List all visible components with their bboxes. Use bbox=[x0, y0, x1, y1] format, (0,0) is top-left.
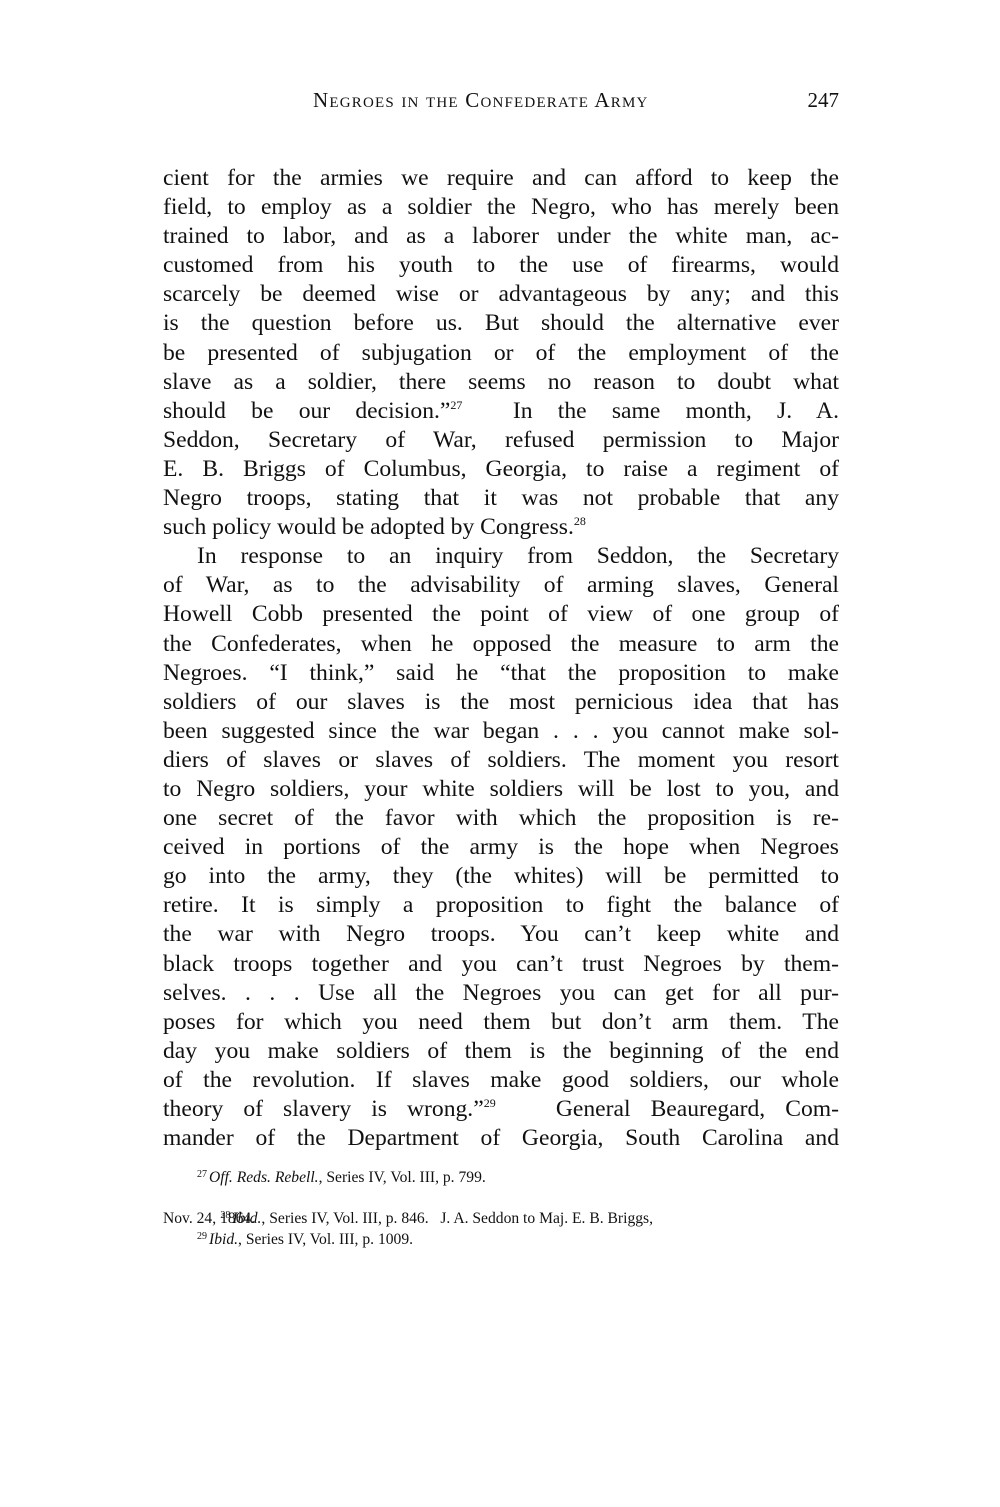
text-line: slave as a soldier, there seems no reaso… bbox=[163, 368, 839, 397]
footnote-source: Ibid. bbox=[209, 1231, 238, 1248]
text-segment: should be our decision.” bbox=[163, 398, 450, 424]
footnote-ref-29[interactable]: 29 bbox=[484, 1096, 496, 1110]
footnote-citation: , Series IV, Vol. III, p. 846. J. A. Sed… bbox=[261, 1210, 653, 1227]
footnote-ref-27[interactable]: 27 bbox=[450, 398, 462, 412]
text-segment: General Beauregard, Com- bbox=[496, 1096, 839, 1122]
text-segment: In the same month, J. A. bbox=[462, 398, 839, 424]
footnote-27: 27Off. Reds. Rebell., Series IV, Vol. II… bbox=[163, 1168, 839, 1189]
footnote-citation: , Series IV, Vol. III, p. 799. bbox=[319, 1169, 486, 1186]
running-title: Negroes in the Confederate Army bbox=[313, 88, 649, 113]
text-segment: such policy would be adopted by Congress… bbox=[163, 514, 574, 540]
text-line: Howell Cobb presented the point of view … bbox=[163, 600, 839, 629]
text-line: of the revolution. If slaves make good s… bbox=[163, 1066, 839, 1095]
text-line: to Negro soldiers, your white soldiers w… bbox=[163, 775, 839, 804]
text-line: the Confederates, when he opposed the me… bbox=[163, 630, 839, 659]
text-line: field, to employ as a soldier the Negro,… bbox=[163, 193, 839, 222]
text-line: Negro troops, stating that it was not pr… bbox=[163, 484, 839, 513]
text-line: day you make soldiers of them is the beg… bbox=[163, 1037, 839, 1066]
text-line: of War, as to the advisability of arming… bbox=[163, 571, 839, 600]
footnote-source: Off. Reds. Rebell. bbox=[209, 1169, 319, 1186]
text-line: is the question before us. But should th… bbox=[163, 309, 839, 338]
footnote-ref-28[interactable]: 28 bbox=[574, 514, 586, 528]
footnote-28: 28Ibid., Series IV, Vol. III, p. 846. J.… bbox=[163, 1189, 839, 1210]
text-line: customed from his youth to the use of fi… bbox=[163, 251, 839, 280]
text-line: be presented of subjugation or of the em… bbox=[163, 339, 839, 368]
text-line: the war with Negro troops. You can’t kee… bbox=[163, 920, 839, 949]
page-number: 247 bbox=[808, 88, 840, 113]
text-line: selves. . . . Use all the Negroes you ca… bbox=[163, 979, 839, 1008]
text-line: E. B. Briggs of Columbus, Georgia, to ra… bbox=[163, 455, 839, 484]
text-line: theory of slavery is wrong.”29 General B… bbox=[163, 1095, 839, 1124]
text-line: cient for the armies we require and can … bbox=[163, 164, 839, 193]
text-line: go into the army, they (the whites) will… bbox=[163, 862, 839, 891]
footnote-29: 29Ibid., Series IV, Vol. III, p. 1009. bbox=[163, 1230, 839, 1251]
text-line: mander of the Department of Georgia, Sou… bbox=[163, 1124, 839, 1153]
text-line: been suggested since the war began . . .… bbox=[163, 717, 839, 746]
text-line: such policy would be adopted by Congress… bbox=[163, 513, 839, 542]
running-head: Negroes in the Confederate Army 247 bbox=[163, 88, 839, 118]
text-line: one secret of the favor with which the p… bbox=[163, 804, 839, 833]
text-line: Seddon, Secretary of War, refused permis… bbox=[163, 426, 839, 455]
paragraph-start-line: In response to an inquiry from Seddon, t… bbox=[163, 542, 839, 571]
text-line: diers of slaves or slaves of soldiers. T… bbox=[163, 746, 839, 775]
text-line: retire. It is simply a proposition to fi… bbox=[163, 891, 839, 920]
footnote-citation: , Series IV, Vol. III, p. 1009. bbox=[238, 1231, 413, 1248]
text-line: trained to labor, and as a laborer under… bbox=[163, 222, 839, 251]
text-line: should be our decision.”27 In the same m… bbox=[163, 397, 839, 426]
footnotes: 27Off. Reds. Rebell., Series IV, Vol. II… bbox=[163, 1168, 839, 1250]
text-segment: theory of slavery is wrong.” bbox=[163, 1096, 484, 1122]
footnote-mark: 27 bbox=[197, 1169, 207, 1180]
text-line: poses for which you need them but don’t … bbox=[163, 1008, 839, 1037]
text-line: soldiers of our slaves is the most perni… bbox=[163, 688, 839, 717]
text-line: ceived in portions of the army is the ho… bbox=[163, 833, 839, 862]
footnote-mark: 29 bbox=[197, 1231, 207, 1242]
text-line: Negroes. “I think,” said he “that the pr… bbox=[163, 659, 839, 688]
text-line: scarcely be deemed wise or advantageous … bbox=[163, 280, 839, 309]
body-text: cient for the armies we require and can … bbox=[163, 164, 839, 1153]
text-line: black troops together and you can’t trus… bbox=[163, 950, 839, 979]
